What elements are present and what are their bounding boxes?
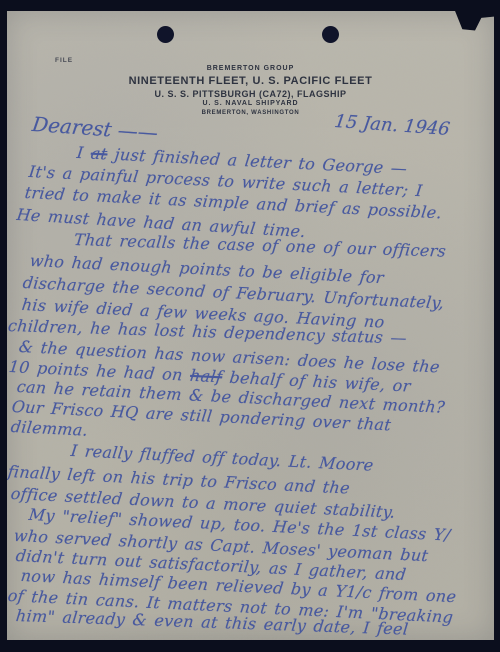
letterhead-fleet: NINETEENTH FLEET, U. S. PACIFIC FLEET (7, 75, 494, 87)
punch-hole-left (157, 26, 174, 43)
letterhead-ship: U. S. S. PITTSBURGH (CA72), FLAGSHIP (7, 89, 494, 99)
letter-paper: FILE BREMERTON GROUP NINETEENTH FLEET, U… (7, 11, 494, 640)
letterhead-yard: U. S. NAVAL SHIPYARD (7, 100, 494, 107)
file-stamp: FILE (55, 57, 73, 64)
punch-hole-right (322, 26, 339, 43)
letterhead-group: BREMERTON GROUP (7, 65, 494, 72)
salutation: Dearest —— (31, 112, 160, 145)
letter-line: dilemma. (10, 417, 89, 440)
scanned-letter-photo: FILE BREMERTON GROUP NINETEENTH FLEET, U… (0, 0, 500, 652)
struck-word: half (189, 366, 223, 386)
